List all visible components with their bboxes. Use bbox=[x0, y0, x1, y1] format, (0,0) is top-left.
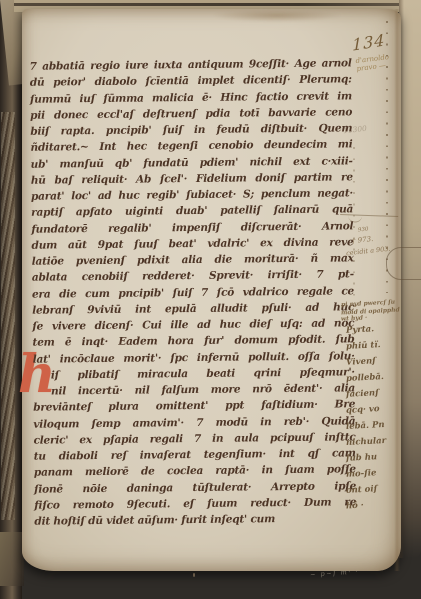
book-spine-page-edges bbox=[0, 0, 22, 599]
gloss-word: facienſ bbox=[346, 389, 379, 400]
gloss-word: mo-ſie bbox=[346, 469, 377, 480]
folio-number: 134 bbox=[352, 30, 385, 54]
gloss-word: ſub hu bbox=[346, 453, 378, 464]
top-edge-smudge bbox=[212, 9, 342, 22]
margin-date-note: † 973. bbox=[352, 235, 374, 245]
gloss-word: pollebā. bbox=[346, 373, 384, 384]
text-line: fiſco remoto 9ſecuti. eſ ſuum reduct· Du… bbox=[34, 494, 356, 514]
ink-speck bbox=[193, 573, 195, 577]
gloss-word: hō · bbox=[346, 502, 364, 512]
gloss-word: nichular bbox=[346, 437, 387, 448]
gloss-word: ont oiſ bbox=[346, 485, 378, 496]
gloss-word: phiū tï. bbox=[346, 341, 381, 352]
gloss-word: lebā. Pn bbox=[346, 421, 385, 432]
manuscript-photo: 134 d'arnoldo pravo — 11300 h 7 abbatiā … bbox=[0, 0, 421, 599]
margin-date-note: 930 bbox=[358, 226, 369, 233]
facing-page-text-sliver bbox=[1, 112, 15, 520]
gloss-tiny-line: wt hyd · bbox=[341, 315, 368, 323]
page-crease bbox=[394, 9, 400, 571]
text-block: 7 abbatiā regio iure iuxta antiquum 9ceſ… bbox=[30, 55, 357, 530]
gloss-word: Vivenſ bbox=[346, 357, 376, 368]
gloss-word: qcq· vo bbox=[346, 405, 380, 416]
parchment-page: 134 d'arnoldo pravo — 11300 h 7 abbatiā … bbox=[22, 9, 401, 571]
gloss-word: Pyrta. bbox=[346, 325, 375, 335]
text-line: dit hoſtiſ dū videt aūſum· furit inſeqt'… bbox=[34, 510, 356, 530]
page-stack-bottom-left bbox=[0, 532, 24, 586]
embossed-stamp-outline bbox=[386, 247, 421, 280]
